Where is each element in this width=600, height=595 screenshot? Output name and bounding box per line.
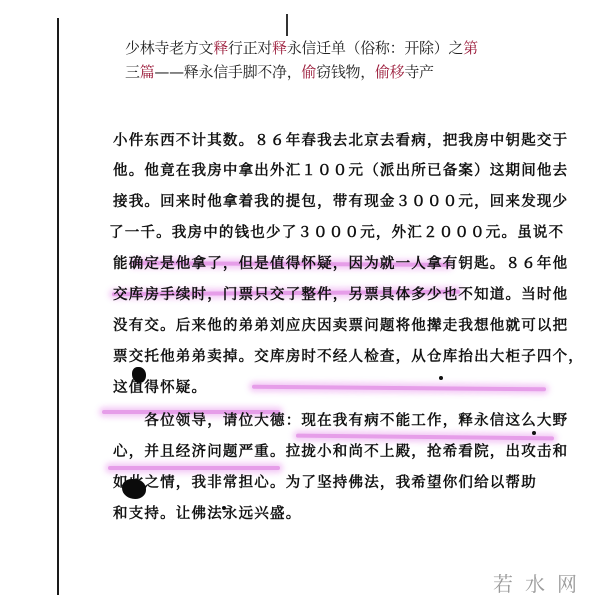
document-line: 接我。回来时他拿着我的提包，带有现金３０００元，回来发现少 [113,191,568,213]
title-line-1: 少林寺老方文释行正对释永信迁单（俗称：开除）之第 [125,36,495,60]
title-text: 永信迁单（俗称：开除）之 [287,39,463,57]
title-highlight: 偷移 [375,63,404,81]
title-text: 少林寺老方文 [125,39,213,57]
title-text: 三 [125,63,140,81]
document-line: 心，并且经济问题严重。拉拢小和尚不上殿，抢希看院，出攻击和 [113,441,568,463]
title-highlight: 第 [463,39,478,57]
document-line: 了一千。我房中的钱也少了３０００元，外汇２０００元。虽说不 [109,222,564,244]
title-line-2: 三篇——释永信手脚不净，偷窃钱物，偷移寺产 [125,60,495,84]
ink-speck [222,506,226,510]
document-line: 他。他竟在我房中拿出外汇１００元（派出所已备案）这期间他去 [113,160,568,182]
scan-edge-line [57,18,59,595]
document-line: 能确定是他拿了，但是值得怀疑，因为就一人拿有钥匙。８６年他 [113,253,568,275]
title-text: 行正对 [228,39,272,57]
document-line: 和支持。让佛法永远兴盛。 [113,503,301,525]
title-highlight: 偷 [301,63,316,81]
document-line: 如此之情，我非常担心。为了坚持佛法，我希望你们给以帮助 [113,472,537,494]
document-line: 票交托他弟弟卖掉。交库房时不经人检查，从仓库抬出大柜子四个， [113,346,584,368]
document-line: 没有交。后来他的弟弟刘应庆因卖票问题将他撵走我想他就可以把 [113,315,568,337]
highlight-mark [296,434,554,441]
document-line: 交库房手续时，门票只交了整件，另票具体多少也不知道。当时他 [113,284,568,306]
highlight-mark [108,466,280,470]
ink-speck [439,376,443,380]
document-line: 小件东西不计其数。８６年春我去北京去看病，把我房中钥匙交于 [113,130,568,152]
highlight-mark [252,385,546,392]
title-text: ——释永信手脚不净， [154,63,301,81]
document-line: 这值得怀疑。 [113,377,207,399]
ink-blot [132,367,146,383]
page-title: 少林寺老方文释行正对释永信迁单（俗称：开除）之第 三篇——释永信手脚不净，偷窃钱… [125,36,495,84]
ink-speck [532,431,536,435]
document-line: 各位领导，请位大德：现在我有病不能工作，释永信这么大野 [113,410,568,432]
watermark: 若水网 [493,568,589,595]
title-highlight: 释 [213,39,228,57]
text-cursor-mark [286,14,288,36]
ink-blot [122,479,146,499]
title-highlight: 释 [272,39,287,57]
title-text: 寺产 [404,63,433,81]
title-highlight: 篇 [140,63,155,81]
title-text: 窃钱物， [316,63,375,81]
